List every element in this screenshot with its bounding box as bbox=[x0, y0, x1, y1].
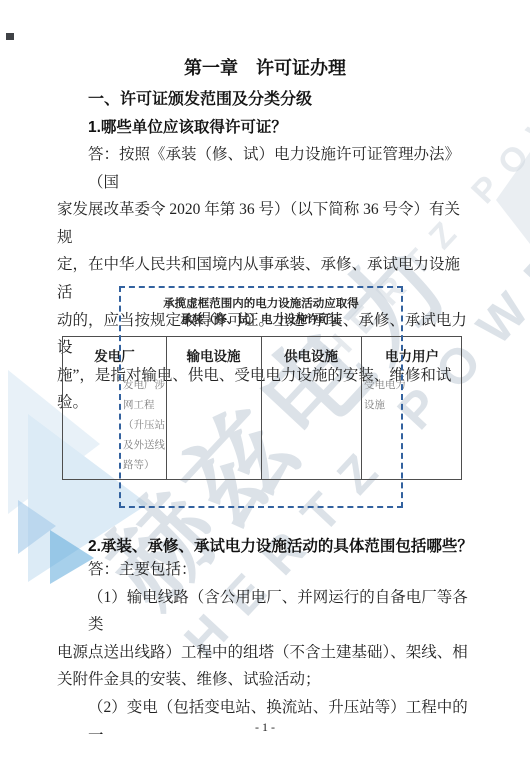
answer-2-line: 电源点送出线路）工程中的组塔（不含土建基础）、架线、相 bbox=[57, 639, 475, 667]
answer-2-line: 关附件金具的安装、维修、试验活动； bbox=[57, 666, 475, 694]
answer-1-line: 家发展改革委令 2020 年第 36 号）（以下简称 36 号令）有关规 bbox=[57, 196, 475, 251]
facility-table: 发电厂 输电设施 供电设施 电力用户 发电厂涉 网工程 （升压站 及外送线 路等… bbox=[62, 336, 462, 480]
col-header-transmission: 输电设施 bbox=[166, 345, 261, 365]
section-heading: 一、许可证颁发范围及分类分级 bbox=[88, 86, 312, 109]
answer-1-line: 定，在中华人民共和国境内从事承装、承修、承试电力设施活 bbox=[57, 251, 475, 306]
question-2: 2.承装、承修、承试电力设施活动的具体范围包括哪些？ bbox=[88, 534, 473, 556]
chapter-title: 第一章 许可证办理 bbox=[0, 54, 530, 80]
answer-2-line: （1）输电线路（含公用电厂、并网运行的自备电厂等各类 bbox=[57, 584, 475, 639]
page-number: - 1 - bbox=[0, 720, 530, 735]
document-page: 赫兹电力 HERTZ POWER HERTZ POWER 第一章 许可证办理 一… bbox=[0, 0, 530, 767]
answer-1-line: 答：按照《承装（修、试）电力设施许可证管理办法》（国 bbox=[57, 141, 475, 196]
col-header-supply: 供电设施 bbox=[261, 345, 361, 365]
answer-2-intro: 答：主要包括： bbox=[57, 556, 475, 584]
document-content: 第一章 许可证办理 一、许可证颁发范围及分类分级 1.哪些单位应该取得许可证？ … bbox=[0, 0, 530, 767]
cell-power-user: 受电电力 设施 bbox=[364, 375, 410, 415]
cell-power-plant: 发电厂涉 网工程 （升压站 及外送线 路等） bbox=[123, 375, 167, 475]
col-header-power-plant: 发电厂 bbox=[63, 345, 166, 365]
question-1: 1.哪些单位应该取得许可证？ bbox=[88, 115, 287, 137]
col-header-power-user: 电力用户 bbox=[361, 345, 463, 365]
corner-mark bbox=[6, 33, 14, 40]
